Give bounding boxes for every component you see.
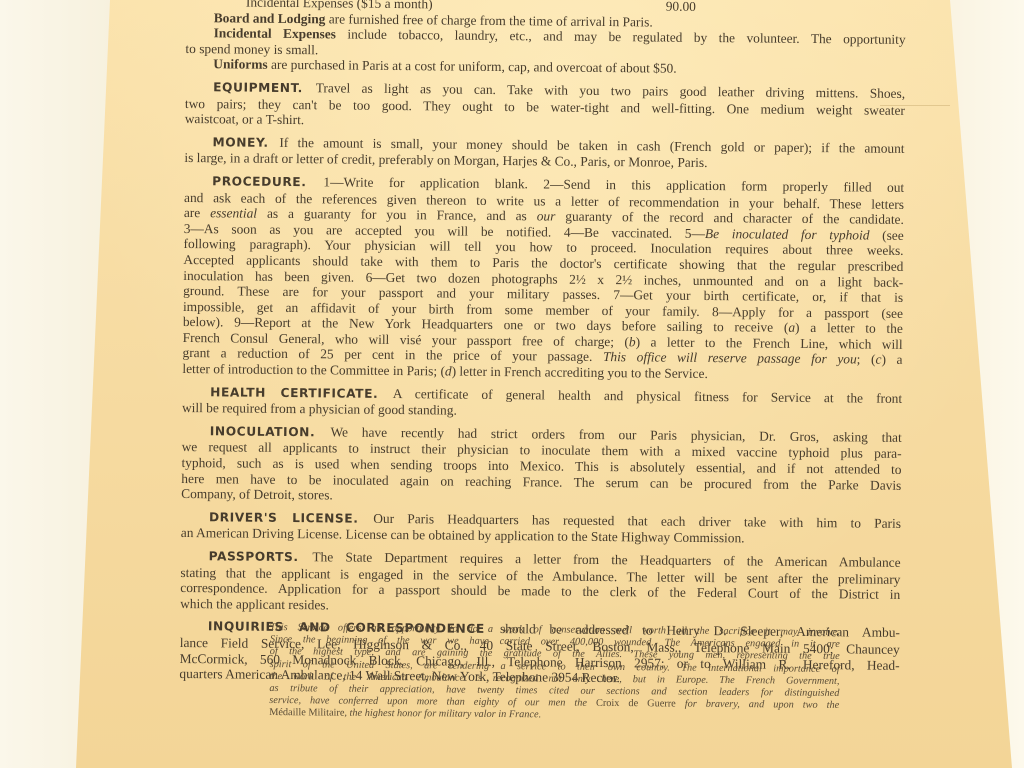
closing-statement: This Service offers an opportunity to do… bbox=[269, 622, 840, 725]
section-lead: Uniforms bbox=[213, 57, 271, 73]
section-heading: MONEY. bbox=[213, 135, 280, 150]
section-heading: HEALTH CERTIFICATE. bbox=[210, 385, 393, 401]
section-heading: PASSPORTS. bbox=[209, 549, 313, 564]
section-lead: Board and Lodging bbox=[214, 10, 329, 26]
document-body: Incidental Expenses ($15 a month) 90.00 … bbox=[179, 0, 906, 689]
section-heading: DRIVER'S LICENSE. bbox=[209, 510, 373, 526]
section-heading: EQUIPMENT. bbox=[213, 80, 316, 95]
section-health: HEALTH CERTIFICATE. A certificate of gen… bbox=[182, 377, 902, 423]
section-passports: PASSPORTS. The State Department requires… bbox=[180, 541, 901, 618]
section-money: MONEY. If the amount is small, your mone… bbox=[184, 127, 904, 173]
section-inoculation: INOCULATION. We have recently had strict… bbox=[181, 416, 902, 509]
sections-container: Board and Lodging are furnished free of … bbox=[179, 10, 905, 689]
section-procedure: PROCEDURE. 1—Write for application blank… bbox=[182, 166, 904, 384]
expense-amount: 90.00 bbox=[666, 0, 696, 14]
section-lead: Incidental Expenses bbox=[214, 25, 348, 41]
section-heading: INOCULATION. bbox=[210, 424, 331, 439]
section-license: DRIVER'S LICENSE. Our Paris Headquarters… bbox=[181, 502, 901, 548]
section-heading: PROCEDURE. bbox=[212, 174, 323, 189]
section-equipment: EQUIPMENT. Travel as light as you can. T… bbox=[185, 72, 905, 134]
